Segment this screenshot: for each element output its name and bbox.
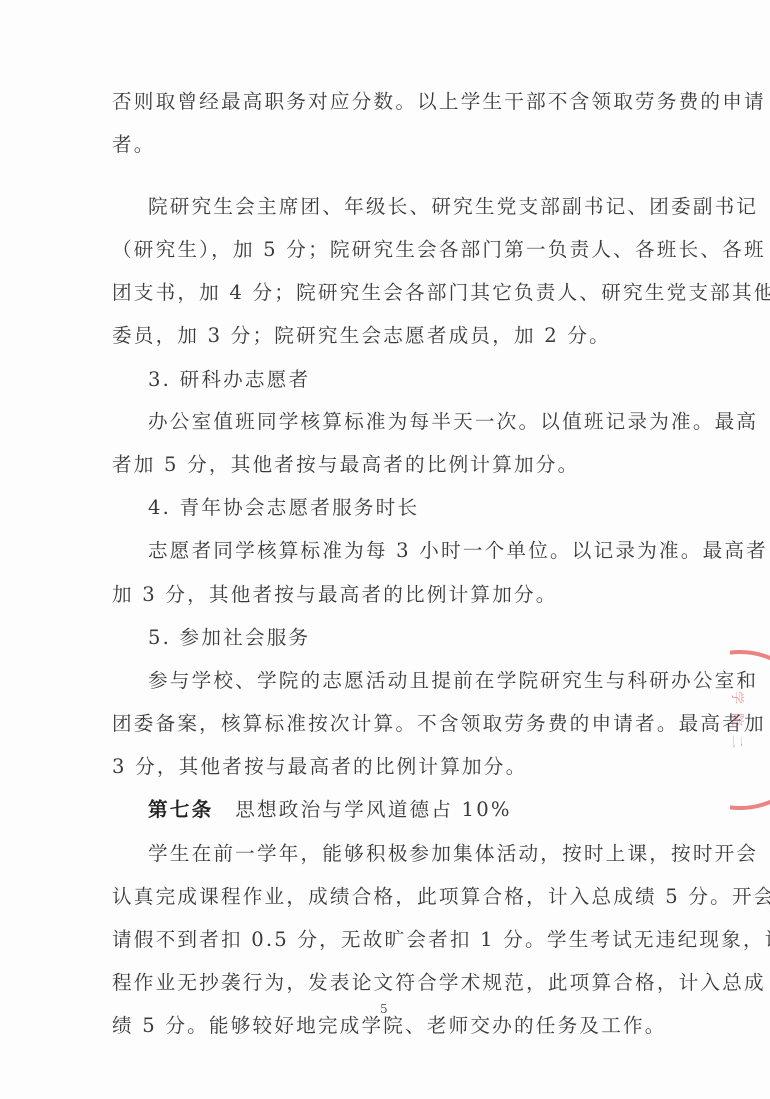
text-line: 请假不到者扣 0.5 分，无故旷会者扣 1 分。学生考试无违纪现象，课 xyxy=(112,926,668,954)
text-line: 者加 5 分，其他者按与最高者的比例计算加分。 xyxy=(112,451,668,479)
page-number: 5 xyxy=(380,1002,388,1016)
article-number: 第七条 xyxy=(148,798,213,821)
document-page: 否则取曾经最高职务对应分数。以上学生干部不含领取劳务费的申请者。院研究生会主席团… xyxy=(0,0,770,1099)
stamp-text: 二 xyxy=(729,735,748,748)
text-line: 委员，加 3 分；院研究生会志愿者成员，加 2 分。 xyxy=(112,322,668,350)
text-line: 程作业无抄袭行为，发表论文符合学术规范，此项算合格，计入总成 xyxy=(112,969,668,997)
stamp-text: 学 xyxy=(729,691,748,704)
text-line: 志愿者同学核算标准为每 3 小时一个单位。以记录为准。最高者 xyxy=(148,537,668,565)
text-line: 认真完成课程作业，成绩合格，此项算合格，计入总成绩 5 分。开会 xyxy=(112,883,668,911)
text-line: 团支书，加 4 分；院研究生会各部门其它负责人、研究生党支部其他 xyxy=(112,279,668,307)
text-line: 者。 xyxy=(112,131,668,159)
text-line: 4. 青年协会志愿者服务时长 xyxy=(148,494,668,522)
text-line: 否则取曾经最高职务对应分数。以上学生干部不含领取劳务费的申请 xyxy=(112,88,668,116)
article-heading: 第七条 思想政治与学风道德占 10% xyxy=(148,796,668,824)
text-line: 5. 参加社会服务 xyxy=(148,624,668,652)
text-line: 3. 研科办志愿者 xyxy=(148,366,668,394)
text-line: 参与学校、学院的志愿活动且提前在学院研究生与科研办公室和 xyxy=(148,667,668,695)
text-line: （研究生），加 5 分；院研究生会各部门第一负责人、各班长、各班 xyxy=(112,236,668,264)
text-line: 办公室值班同学核算标准为每半天一次。以值班记录为准。最高 xyxy=(148,408,668,436)
text-line: 院研究生会主席团、年级长、研究生党支部副书记、团委副书记 xyxy=(148,193,668,221)
text-line: 加 3 分，其他者按与最高者的比例计算加分。 xyxy=(112,581,668,609)
text-line: 学生在前一学年，能够积极参加集体活动，按时上课，按时开会 xyxy=(148,840,668,868)
text-line: 团委备案，核算标准按次计算。不含领取劳务费的申请者。最高者加 xyxy=(112,710,668,738)
text-line: 绩 5 分。能够较好地完成学院、老师交办的任务及工作。 xyxy=(112,1012,668,1040)
article-title: 思想政治与学风道德占 10% xyxy=(235,798,512,821)
stamp-text: 院 xyxy=(729,713,748,726)
text-line: 3 分，其他者按与最高者的比例计算加分。 xyxy=(112,753,668,781)
